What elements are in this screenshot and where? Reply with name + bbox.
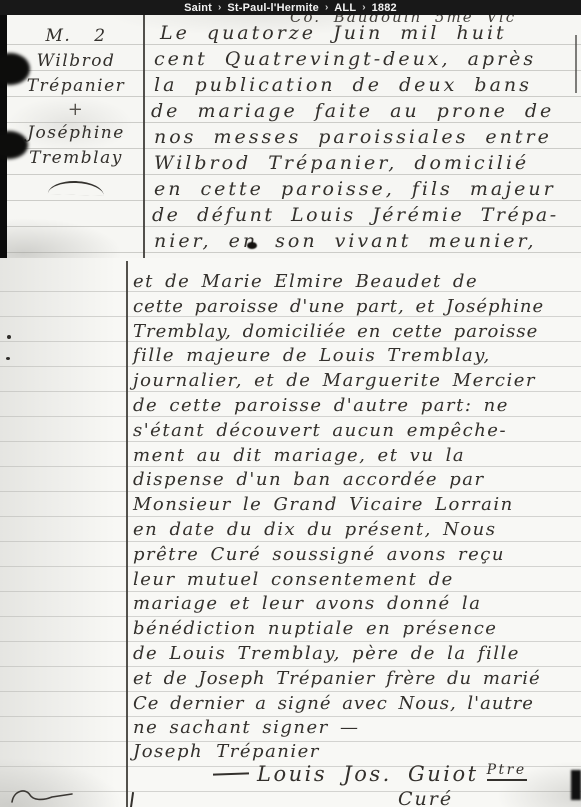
margin-cross-mark: +: [12, 99, 140, 121]
record-text-top: Le quatorze Juin mil huit cent Quatrevin…: [154, 20, 559, 254]
manuscript-line: en date du dix du présent, Nous: [133, 518, 544, 543]
margin-annotation: M. 2 Wilbrod Trépanier + Joséphine Tremb…: [12, 24, 140, 195]
manuscript-line: dispense d'un ban accordée par: [133, 468, 544, 493]
manuscript-line: Tremblay, domiciliée en cette paroisse: [133, 320, 544, 345]
manuscript-line: bénédiction nuptiale en présence: [133, 617, 544, 642]
chevron-right-icon: ›: [325, 2, 328, 13]
signature-priest: Louis Jos. GuiotPtre: [213, 762, 527, 786]
manuscript-line: de défunt Louis Jérémie Trépa-: [152, 202, 559, 228]
brace-mark: [48, 180, 104, 196]
manuscript-line: et de Joseph Trépanier frère du marié: [133, 667, 544, 692]
breadcrumb: Saint › St-Paul-l'Hermite › ALL › 1882: [0, 0, 581, 15]
manuscript-line: ne sachant signer —: [133, 716, 544, 741]
signature-witness: Joseph Trépanier: [133, 741, 320, 762]
signature-priest-name: Louis Jos. Guiot: [257, 762, 479, 786]
manuscript-line: journalier, et de Marguerite Mercier: [133, 369, 544, 394]
record-viewer: Saint › St-Paul-l'Hermite › ALL › 1882 C…: [0, 0, 581, 807]
record-text-bottom: et de Marie Elmire Beaudet de cette paro…: [133, 270, 544, 741]
next-record-stroke: [130, 792, 134, 807]
manuscript-line: Wilbrod Trépanier, domicilié: [154, 150, 559, 176]
breadcrumb-item-collection[interactable]: Saint: [184, 2, 212, 14]
manuscript-line: s'étant découvert aucun empêche-: [133, 419, 544, 444]
margin-groom-surname: Trépanier: [12, 74, 140, 99]
scan-image[interactable]: Co. Baudouin 5me Vic M. 2 Wilbrod Trépan…: [0, 15, 581, 807]
page-edge-shadow: [575, 35, 577, 93]
manuscript-line: en cette paroisse, fils majeur: [154, 176, 559, 202]
manuscript-line: cette paroisse d'une part, et Joséphine: [133, 295, 544, 320]
manuscript-line: mariage et leur avons donné la: [133, 592, 544, 617]
manuscript-line: ment au dit mariage, et vu la: [133, 444, 544, 469]
manuscript-line: prêtre Curé soussigné avons reçu: [133, 543, 544, 568]
manuscript-line: la publication de deux bans: [154, 72, 559, 98]
signature-priest-suffix: Ptre: [487, 762, 527, 781]
manuscript-line: Monsieur le Grand Vicaire Lorrain: [133, 493, 544, 518]
pen-stroke: [213, 772, 249, 775]
manuscript-line: de cette paroisse d'autre part: ne: [133, 394, 544, 419]
manuscript-line: leur mutuel consentement de: [133, 568, 544, 593]
manuscript-line: Le quatorze Juin mil huit: [160, 20, 559, 46]
margin-groom-firstname: Wilbrod: [12, 49, 140, 74]
ink-flourish: [8, 782, 78, 804]
ink-speck: [7, 335, 11, 339]
margin-rule-line: [126, 261, 128, 807]
scan-fragment-bottom: et de Marie Elmire Beaudet de cette paro…: [0, 258, 581, 807]
manuscript-line: nier, en son vivant meunier,: [154, 228, 559, 254]
chevron-right-icon: ›: [362, 2, 365, 13]
manuscript-line: de Louis Tremblay, père de la fille: [133, 642, 544, 667]
manuscript-line: de mariage faite au prone de: [151, 98, 559, 124]
scan-corner-shadow: [571, 770, 581, 800]
ink-speck: [6, 357, 10, 360]
ink-blot: [247, 242, 257, 249]
margin-rule-line: [143, 15, 145, 258]
signature-priest-title: Curé: [398, 788, 453, 807]
margin-bride-surname: Tremblay: [12, 146, 140, 171]
breadcrumb-item-record-type[interactable]: ALL: [334, 2, 356, 14]
scan-fragment-top: Co. Baudouin 5me Vic M. 2 Wilbrod Trépan…: [0, 15, 581, 258]
manuscript-line: Ce dernier a signé avec Nous, l'autre: [133, 692, 544, 717]
margin-record-number: M. 2: [12, 24, 140, 49]
chevron-right-icon: ›: [218, 2, 221, 13]
manuscript-line: et de Marie Elmire Beaudet de: [133, 270, 544, 295]
manuscript-line: nos messes paroissiales entre: [154, 124, 559, 150]
breadcrumb-item-parish[interactable]: St-Paul-l'Hermite: [227, 2, 319, 14]
breadcrumb-item-year[interactable]: 1882: [372, 2, 397, 14]
manuscript-line: fille majeure de Louis Tremblay,: [133, 344, 544, 369]
margin-bride-firstname: Joséphine: [12, 121, 140, 146]
manuscript-line: cent Quatrevingt-deux, après: [154, 46, 559, 72]
